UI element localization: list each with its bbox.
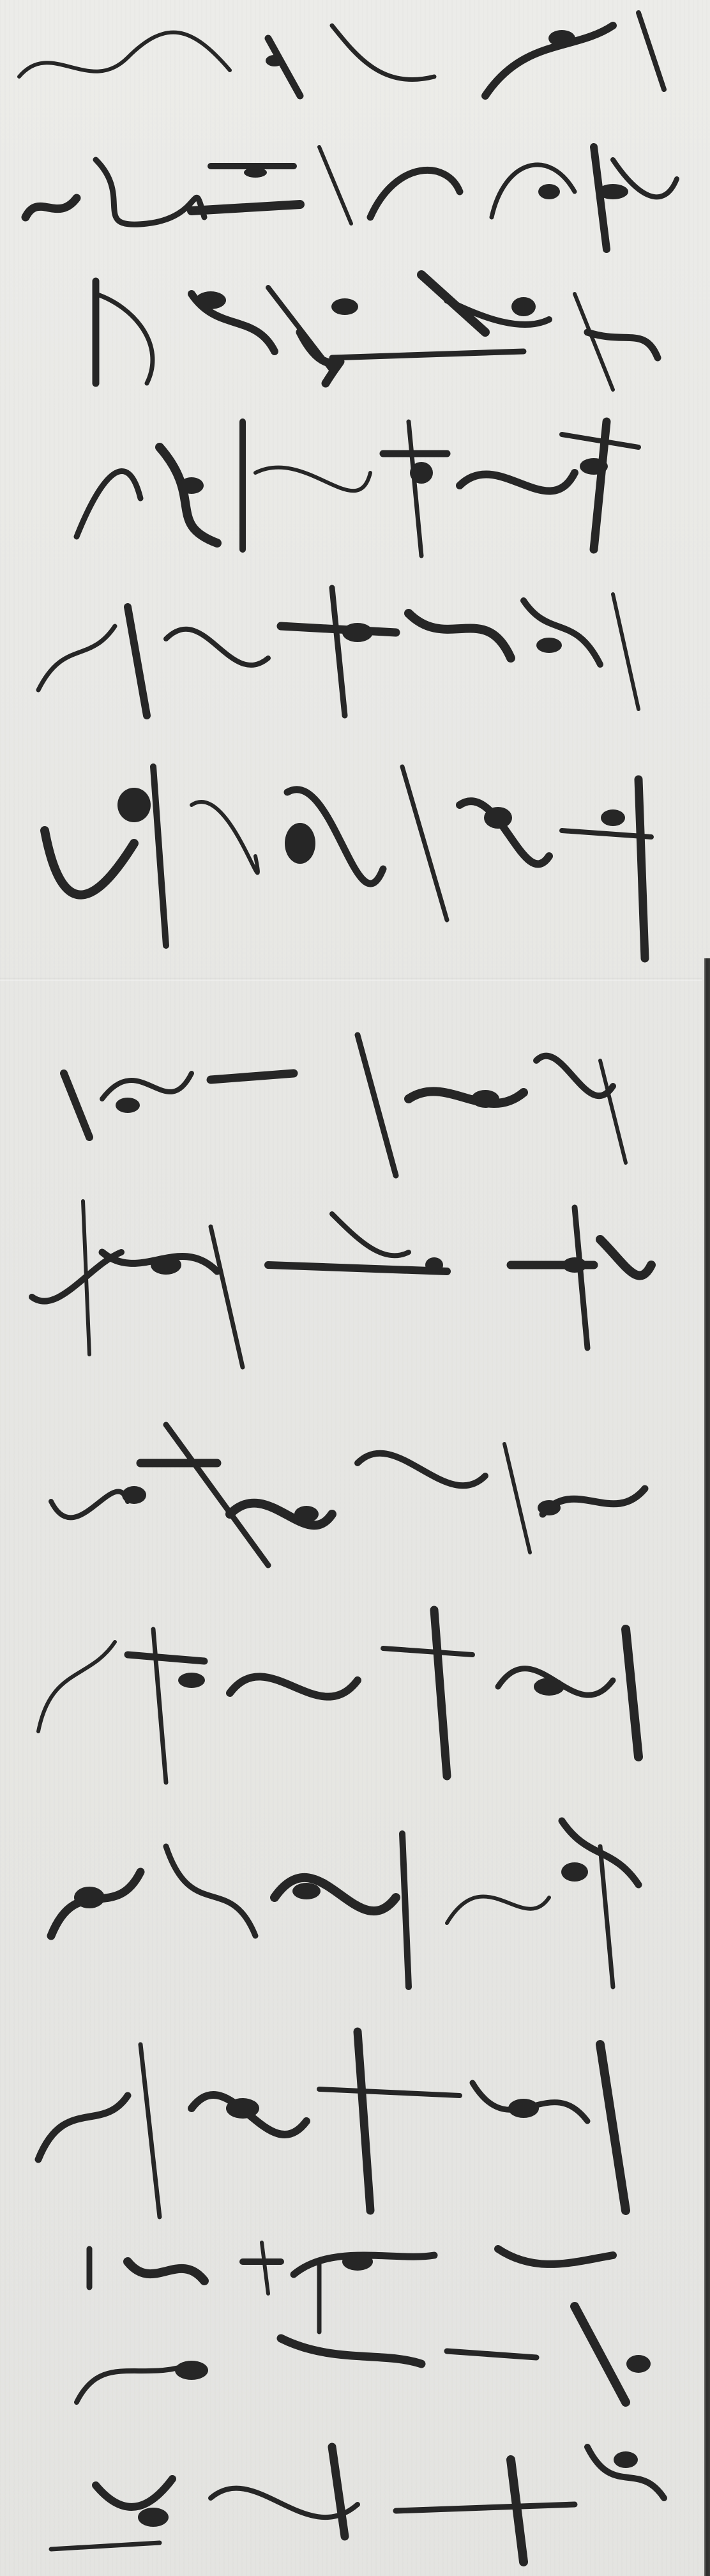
brush-stroke — [211, 1073, 294, 1080]
ink-blot — [626, 2355, 651, 2373]
brush-stroke — [358, 2032, 370, 2211]
calligraphy-row — [0, 997, 710, 1188]
ink-blot — [178, 1673, 205, 1688]
brush-stroke — [332, 26, 434, 80]
paper-fold-line — [0, 977, 702, 981]
brush-stroke — [319, 2089, 460, 2096]
ink-blot — [226, 2098, 259, 2119]
brush-stroke — [460, 473, 575, 491]
brush-stroke — [600, 1061, 626, 1163]
brush-stroke — [409, 1091, 524, 1103]
brush-stroke — [96, 294, 153, 383]
calligraphy-row — [0, 121, 710, 256]
calligraphy-row — [0, 256, 710, 396]
brush-stroke — [600, 2044, 626, 2211]
ink-blot — [116, 1098, 140, 1113]
brush-stroke — [153, 1629, 166, 1782]
ink-blot — [294, 1506, 319, 1522]
ink-blot — [471, 1090, 499, 1108]
ink-blot — [122, 1486, 146, 1504]
ink-blot — [548, 30, 575, 47]
ink-strokes — [0, 997, 710, 1188]
brush-stroke — [638, 779, 645, 958]
brush-stroke — [51, 1492, 128, 1518]
ink-blot — [285, 823, 315, 864]
ink-blot — [117, 788, 151, 822]
ink-blot — [425, 1257, 443, 1273]
brush-stroke — [255, 468, 370, 491]
brush-stroke — [600, 1239, 651, 1276]
brush-stroke — [319, 147, 351, 224]
ink-blot — [580, 458, 608, 475]
ink-blot — [538, 184, 560, 199]
ink-blot — [561, 1862, 588, 1882]
calligraphy-row — [0, 396, 710, 562]
brush-stroke — [434, 1610, 447, 1776]
ink-blot — [484, 807, 512, 829]
ink-blot — [538, 1500, 561, 1515]
brush-stroke — [613, 594, 638, 709]
brush-stroke — [38, 1642, 115, 1731]
ink-strokes — [0, 562, 710, 728]
brush-stroke — [498, 2249, 613, 2264]
brush-stroke — [511, 2460, 524, 2562]
ink-strokes — [0, 121, 710, 256]
brush-stroke — [268, 38, 300, 96]
brush-stroke — [575, 1207, 587, 1348]
ink-blot — [138, 2508, 169, 2527]
ink-blot — [511, 297, 536, 316]
ink-blot — [151, 1255, 181, 1275]
ink-blot — [601, 809, 625, 826]
ink-blot — [508, 2099, 539, 2118]
brush-stroke — [192, 802, 258, 873]
brush-stroke — [211, 1227, 243, 1367]
ink-strokes — [0, 2236, 710, 2421]
ink-blot — [536, 638, 562, 653]
brush-stroke — [575, 294, 613, 390]
ink-blot — [614, 2451, 638, 2468]
calligraphy-photo — [0, 0, 710, 2576]
brush-stroke — [96, 2479, 172, 2507]
brush-stroke — [504, 1444, 530, 1552]
brush-stroke — [447, 1896, 549, 1923]
calligraphy-row — [0, 1591, 710, 1795]
brush-stroke — [166, 629, 268, 665]
brush-stroke — [383, 1648, 472, 1655]
brush-stroke — [262, 2242, 268, 2294]
ink-blot — [175, 2361, 208, 2380]
ink-blot — [74, 1887, 105, 1908]
brush-stroke — [140, 2044, 160, 2217]
brush-stroke — [402, 1834, 409, 1987]
brush-stroke — [38, 2096, 128, 2159]
ink-blot — [534, 1678, 564, 1696]
calligraphy-row — [0, 1386, 710, 1591]
brush-stroke — [358, 1035, 396, 1176]
ink-blot — [292, 1883, 321, 1899]
brush-stroke — [19, 33, 230, 77]
brush-stroke — [626, 1629, 638, 1757]
brush-stroke — [332, 2447, 345, 2536]
calligraphy-row — [0, 728, 710, 971]
ink-blot — [266, 55, 283, 66]
ink-blot — [563, 1257, 587, 1273]
ink-blot — [179, 477, 204, 494]
brush-stroke — [153, 767, 166, 946]
brush-stroke — [332, 1214, 409, 1255]
brush-stroke — [128, 607, 147, 716]
brush-stroke — [492, 165, 575, 217]
ink-blot — [244, 167, 267, 178]
brush-stroke — [128, 2262, 204, 2281]
brush-stroke — [281, 2338, 421, 2364]
ink-blot — [342, 2253, 373, 2271]
ink-strokes — [0, 256, 710, 396]
ink-strokes — [0, 1188, 710, 1386]
ink-strokes — [0, 1795, 710, 2006]
ink-strokes — [0, 1591, 710, 1795]
ink-blot — [195, 291, 226, 309]
brush-stroke — [268, 1265, 447, 1271]
ink-blot — [410, 462, 433, 484]
ink-strokes — [0, 2006, 710, 2236]
ink-strokes — [0, 728, 710, 971]
brush-stroke — [524, 601, 600, 664]
ink-strokes — [0, 2421, 710, 2576]
brush-stroke — [102, 1073, 192, 1099]
brush-stroke — [358, 1453, 485, 1486]
ink-blot — [331, 298, 358, 315]
brush-stroke — [370, 170, 460, 217]
brush-stroke — [45, 831, 134, 895]
brush-stroke — [332, 351, 524, 358]
brush-stroke — [51, 2543, 160, 2549]
brush-stroke — [275, 1878, 396, 1911]
ink-strokes — [0, 396, 710, 562]
brush-stroke — [638, 13, 664, 89]
brush-stroke — [600, 1846, 613, 1987]
brush-stroke — [447, 2351, 536, 2357]
calligraphy-row — [0, 562, 710, 728]
brush-stroke — [38, 626, 115, 690]
brush-stroke — [396, 2504, 575, 2511]
brush-stroke — [96, 160, 204, 224]
brush-stroke — [166, 1846, 255, 1936]
brush-stroke — [166, 1425, 268, 1565]
brush-stroke — [160, 447, 217, 543]
calligraphy-row — [0, 0, 710, 121]
brush-stroke — [332, 588, 345, 716]
brush-stroke — [77, 2364, 192, 2402]
brush-stroke — [64, 1073, 89, 1137]
calligraphy-row — [0, 2236, 710, 2421]
brush-stroke — [26, 198, 77, 217]
calligraphy-row — [0, 2006, 710, 2236]
brush-stroke — [575, 2306, 626, 2402]
ink-blot — [598, 184, 628, 199]
brush-stroke — [402, 767, 447, 920]
brush-stroke — [230, 1676, 358, 1696]
calligraphy-row — [0, 2421, 710, 2576]
brush-stroke — [409, 613, 511, 658]
brush-stroke — [128, 1655, 204, 1661]
ink-strokes — [0, 1386, 710, 1591]
brush-stroke — [77, 471, 140, 537]
brush-stroke — [192, 204, 300, 211]
brush-stroke — [409, 422, 421, 556]
ink-blot — [342, 623, 373, 642]
calligraphy-row — [0, 1188, 710, 1386]
ink-strokes — [0, 0, 710, 121]
calligraphy-row — [0, 1795, 710, 2006]
